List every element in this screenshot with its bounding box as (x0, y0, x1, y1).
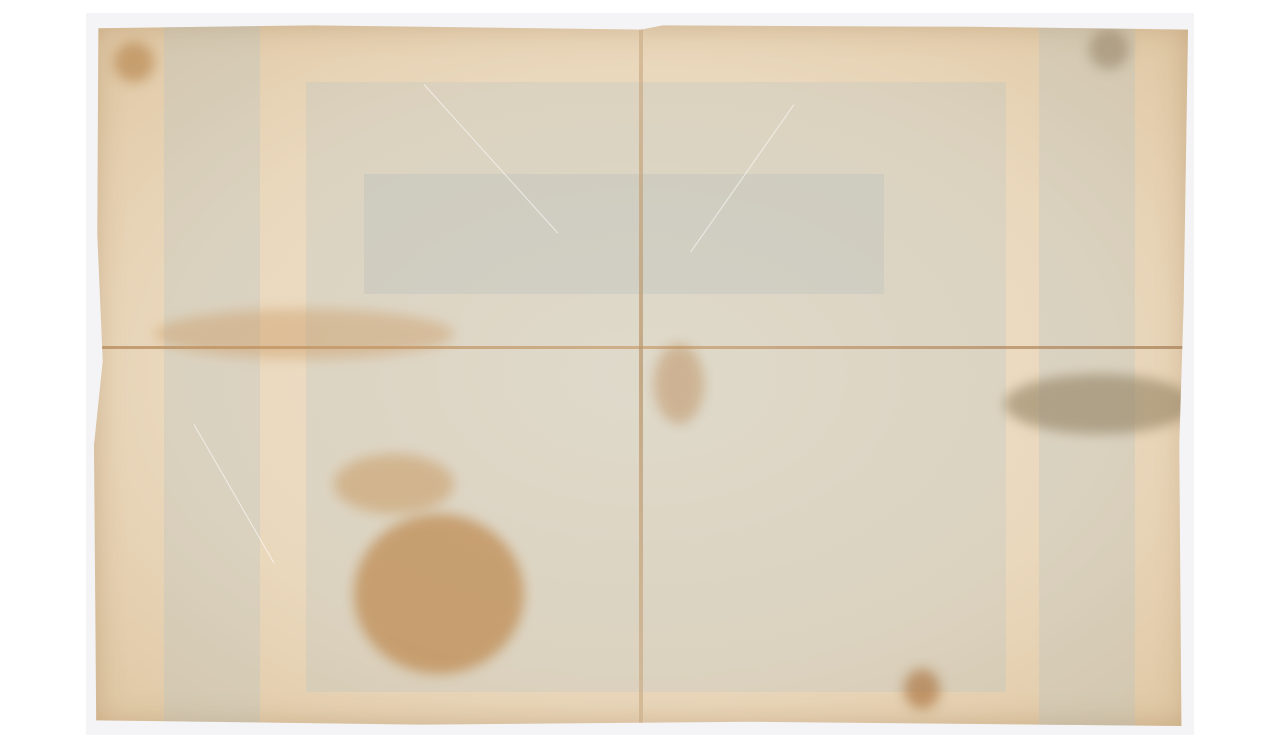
stain (334, 454, 454, 514)
bleed-through-text-area (364, 174, 884, 294)
stain (1004, 374, 1194, 434)
stain (1089, 29, 1129, 69)
stain (154, 309, 454, 359)
left-print-band (164, 24, 260, 726)
banknote (94, 24, 1188, 726)
stain (114, 42, 154, 82)
vertical-fold (639, 24, 643, 726)
stain (654, 344, 704, 424)
stain (904, 669, 940, 709)
stain (354, 514, 524, 674)
